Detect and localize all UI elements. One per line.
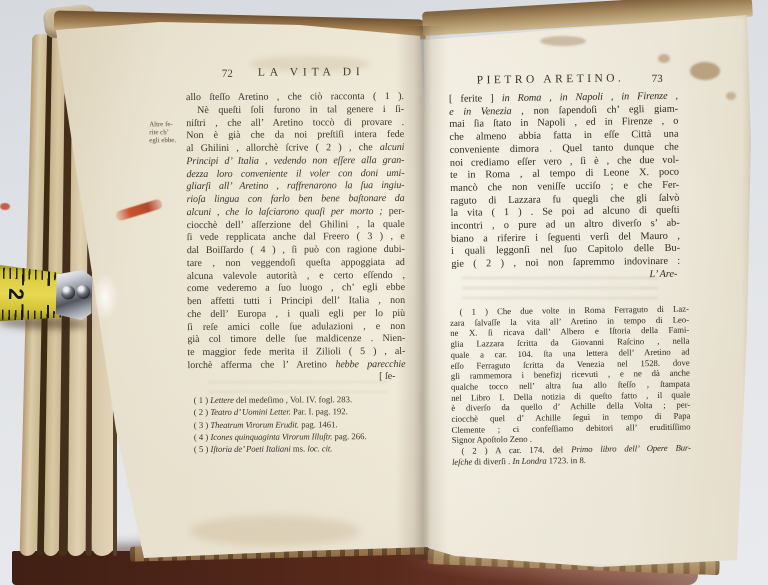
red-paint-speck bbox=[0, 203, 10, 210]
left-catchword: [ ſe- bbox=[187, 371, 395, 383]
photo-backdrop: 72 LA VITA DI Altre fe-rite ch’egli ebbe… bbox=[0, 0, 768, 585]
left-running-title: LA VITA DI bbox=[258, 66, 365, 79]
right-running-title: PIETRO ARETINO. bbox=[477, 72, 625, 86]
left-body-text: allo ſteſſo Aretino , che ciò racconta (… bbox=[186, 91, 405, 373]
left-page-number: 72 bbox=[222, 68, 233, 80]
gutter-shadow bbox=[396, 26, 448, 560]
right-page-number: 73 bbox=[652, 73, 663, 85]
tape-inch-number: 2 bbox=[2, 283, 29, 306]
right-body-text: [ ferite ] in Roma , in Napoli , in Fire… bbox=[449, 91, 680, 272]
margin-note: Altre fe-rite ch’egli ebbe. bbox=[149, 121, 191, 145]
right-catchword: L’ Are- bbox=[451, 269, 677, 283]
left-footnotes: ( 1 ) Lettere del medeſimo , Vol. IV. fo… bbox=[194, 393, 408, 456]
glare-highlight bbox=[92, 272, 118, 322]
tape-measure: 2 bbox=[0, 264, 101, 333]
right-footnotes: ( 1 ) Che due volte in Roma Ferraguto di… bbox=[450, 304, 691, 468]
tape-body: 2 bbox=[0, 265, 63, 324]
